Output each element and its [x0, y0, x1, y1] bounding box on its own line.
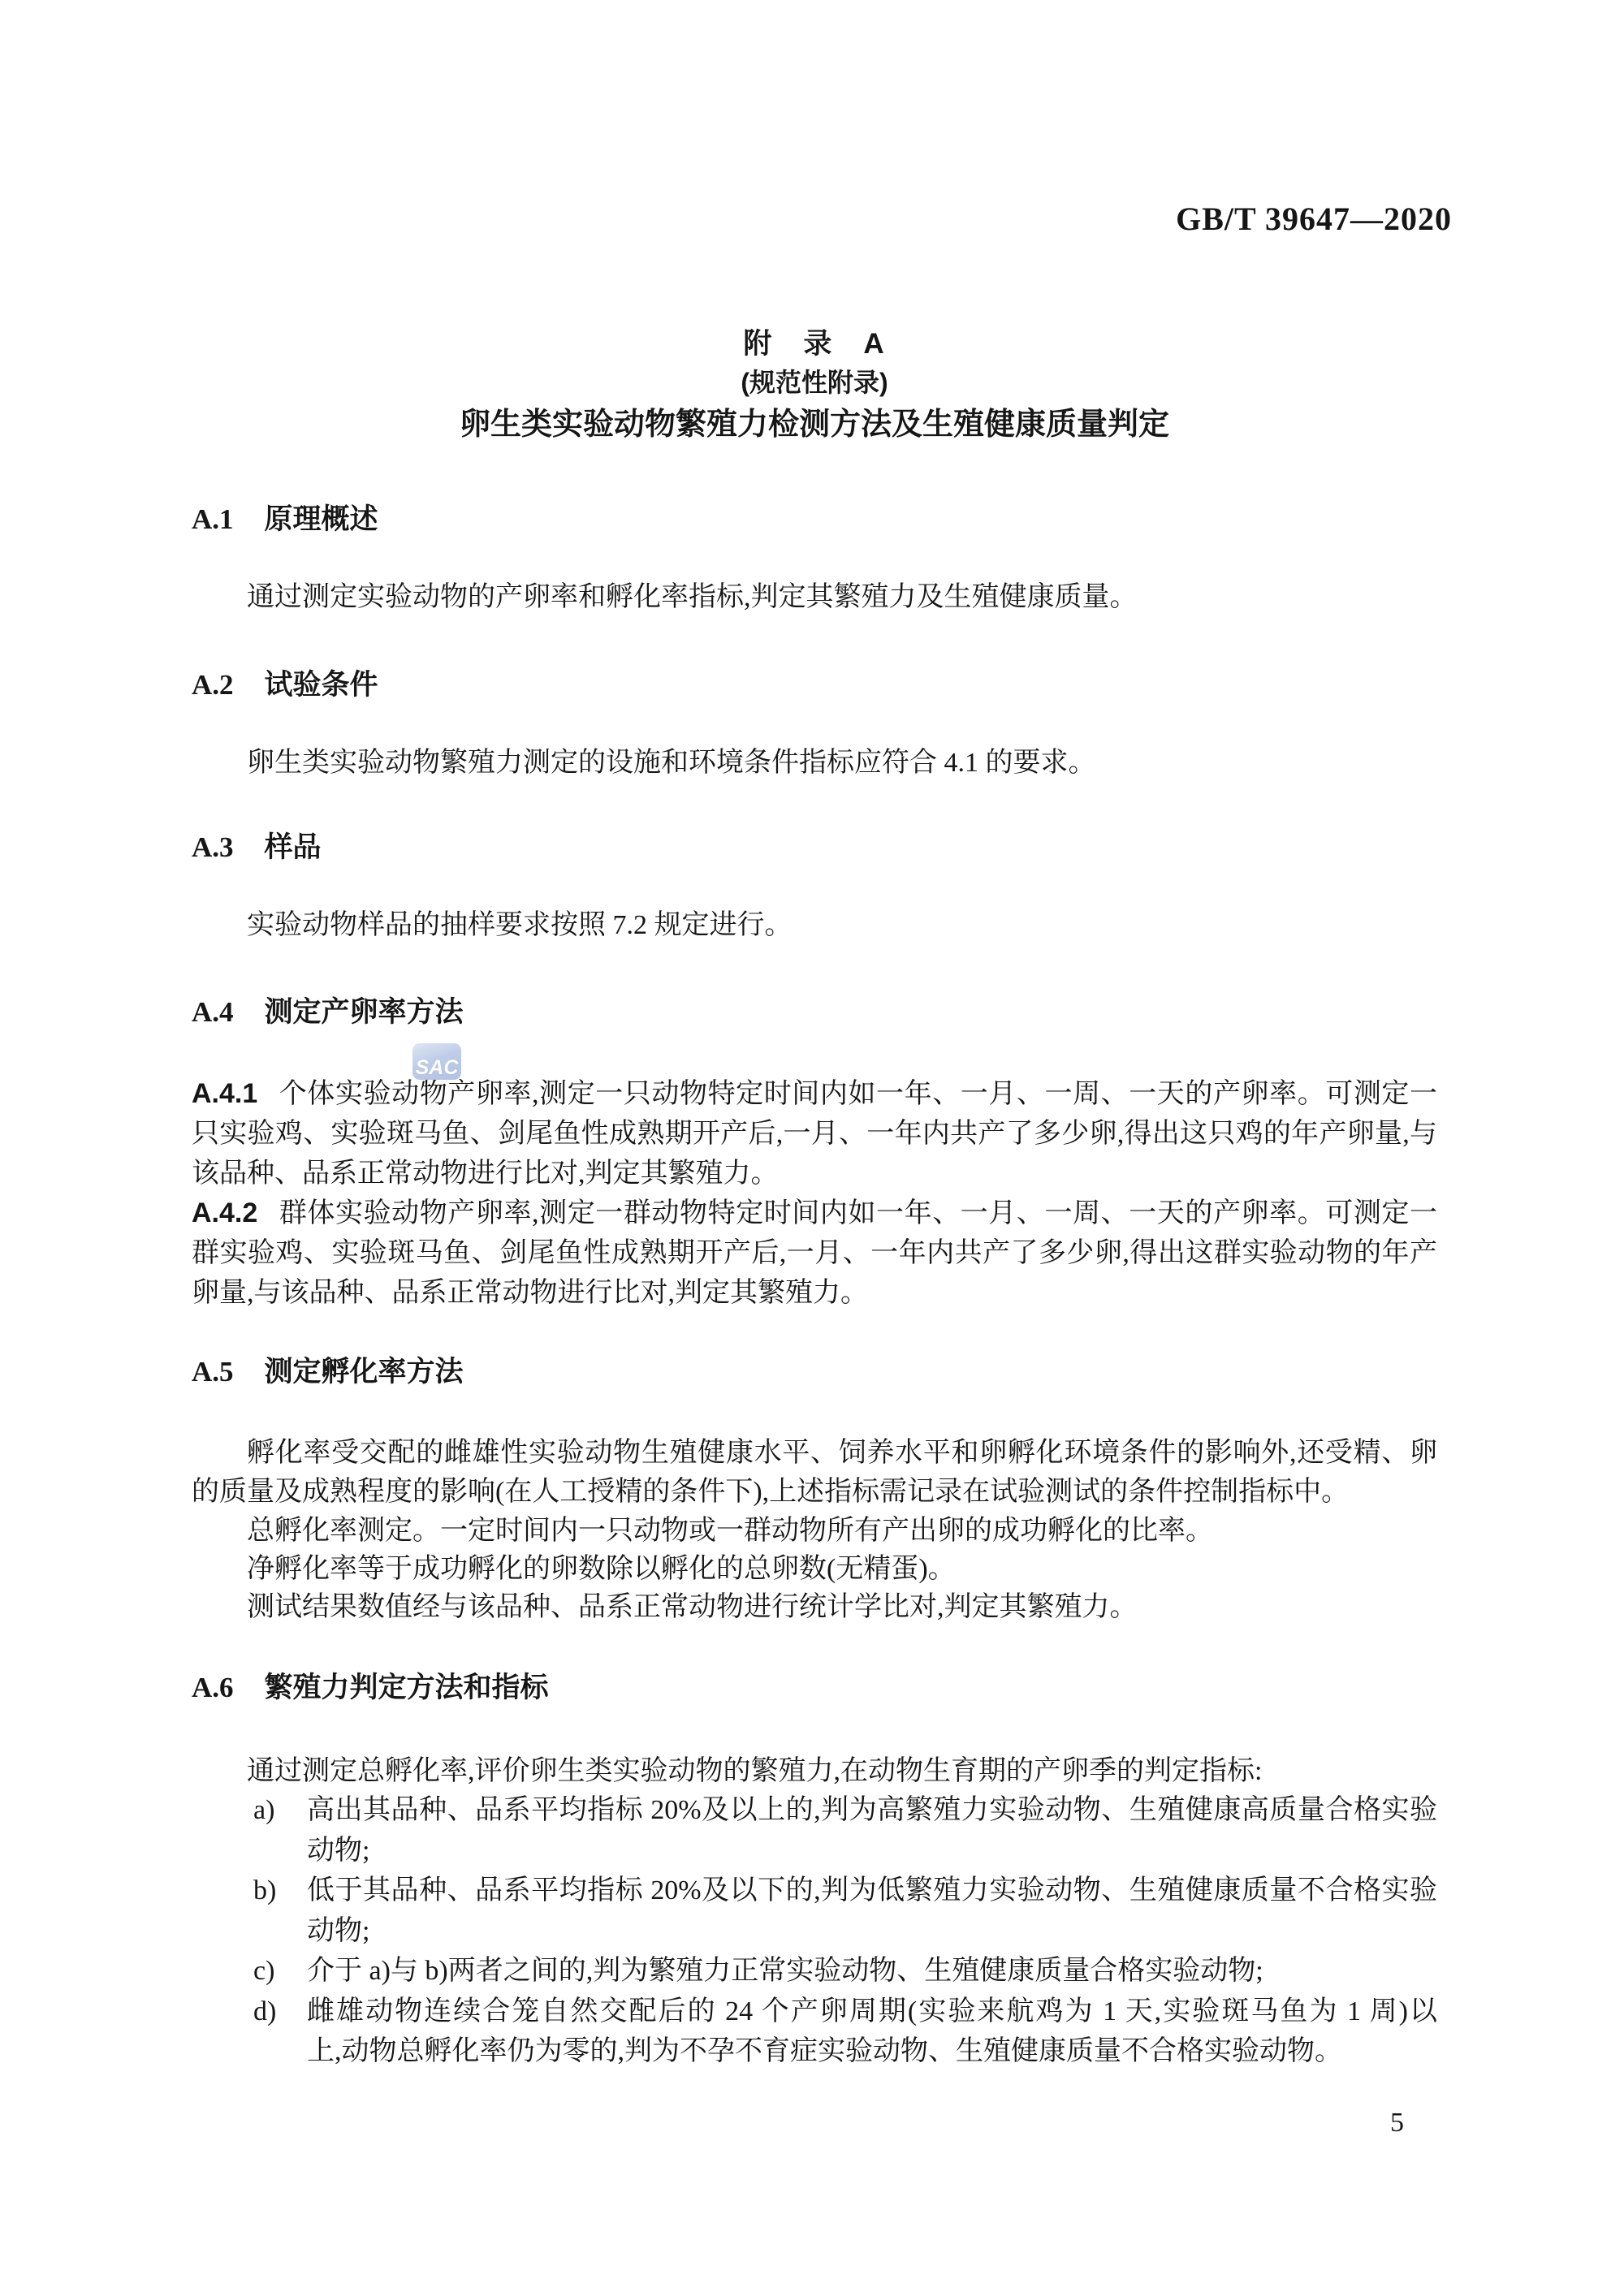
section-heading-a4: A.4测定产卵率方法 [192, 993, 1437, 1032]
document-page: GB/T 39647—2020 附 录 A (规范性附录) 卵生类实验动物繁殖力… [0, 0, 1624, 2296]
paragraph-a6-intro: 通过测定总孵化率,评价卵生类实验动物的繁殖力,在动物生育期的产卵季的判定指标: [192, 1752, 1437, 1791]
section-heading-a5: A.5测定孵化率方法 [192, 1353, 1437, 1392]
text-line: 通过测定总孵化率,评价卵生类实验动物的繁殖力,在动物生育期的产卵季的判定指标: [192, 1752, 1437, 1791]
list-item: d) 雌雄动物连续合笼自然交配后的 24 个产卵周期(实验来航鸡为 1 天,实验… [192, 1992, 1437, 2072]
page-number: 5 [1390, 2108, 1404, 2138]
list-marker: a) [253, 1790, 274, 1831]
text-line: 高出其品种、品系平均指标 20%及以上的,判为高繁殖力实验动物、生殖健康高质量合… [307, 1790, 1437, 1831]
paragraph-a1: 通过测定实验动物的产卵率和孵化率指标,判定其繁殖力及生殖健康质量。 [192, 578, 1437, 617]
text-line: 群实验鸡、实验斑马鱼、剑尾鱼性成熟期开产后,一月、一年内共产了多少卵,得出这群实… [192, 1233, 1437, 1273]
section-title: 原理概述 [265, 503, 378, 535]
section-heading-a2: A.2试验条件 [192, 666, 1437, 705]
paragraph-a2: 卵生类实验动物繁殖力测定的设施和环境条件指标应符合 4.1 的要求。 [192, 744, 1437, 783]
text-line: 通过测定实验动物的产卵率和孵化率指标,判定其繁殖力及生殖健康质量。 [192, 578, 1437, 617]
section-number: A.5 [192, 1356, 234, 1388]
text-line: 的质量及成熟程度的影响(在人工授精的条件下),上述指标需记录在试验测试的条件控制… [192, 1473, 1437, 1512]
text-line: A.4.2群体实验动物产卵率,测定一群动物特定时间内如一年、一月、一周、一天的产… [192, 1193, 1437, 1233]
text-line: 动物; [307, 1911, 1437, 1952]
paragraph-a3: 实验动物样品的抽样要求按照 7.2 规定进行。 [192, 906, 1437, 945]
list-item: c) 介于 a)与 b)两者之间的,判为繁殖力正常实验动物、生殖健康质量合格实验… [192, 1951, 1437, 1992]
text-line: 雌雄动物连续合笼自然交配后的 24 个产卵周期(实验来航鸡为 1 天,实验斑马鱼… [307, 1992, 1437, 2032]
text-line: 动物; [307, 1831, 1437, 1871]
text-line: 总孵化率测定。一定时间内一只动物或一群动物所有产出卵的成功孵化的比率。 [192, 1512, 1437, 1551]
section-heading-a6: A.6繁殖力判定方法和指标 [192, 1668, 1437, 1707]
list-marker: d) [253, 1992, 276, 2032]
list-marker: c) [253, 1951, 274, 1992]
sac-watermark-logo: SAC [412, 1043, 461, 1080]
appendix-label: 附 录 A [192, 322, 1437, 362]
section-title: 样品 [265, 831, 322, 863]
section-title: 测定孵化率方法 [265, 1356, 464, 1388]
section-title: 繁殖力判定方法和指标 [265, 1672, 549, 1703]
text-line: 孵化率受交配的雌雄性实验动物生殖健康水平、饲养水平和卵孵化环境条件的影响外,还受… [192, 1434, 1437, 1473]
section-number: A.6 [192, 1672, 234, 1703]
list-marker: b) [253, 1871, 276, 1911]
text-line: 卵生类实验动物繁殖力测定的设施和环境条件指标应符合 4.1 的要求。 [192, 744, 1437, 783]
text-run: 群体实验动物产卵率,测定一群动物特定时间内如一年、一月、一周、一天的产卵率。可测… [279, 1198, 1437, 1228]
paragraph-a42: A.4.2群体实验动物产卵率,测定一群动物特定时间内如一年、一月、一周、一天的产… [192, 1193, 1437, 1313]
text-line: 该品种、品系正常动物进行比对,判定其繁殖力。 [192, 1154, 1437, 1193]
text-line: 上,动物总孵化率仍为零的,判为不孕不育症实验动物、生殖健康质量不合格实验动物。 [307, 2031, 1437, 2072]
section-number: A.1 [192, 503, 234, 535]
paragraph-a5-1: 孵化率受交配的雌雄性实验动物生殖健康水平、饲养水平和卵孵化环境条件的影响外,还受… [192, 1434, 1437, 1512]
sac-watermark-text: SAC [416, 1055, 459, 1080]
section-number: A.3 [192, 831, 234, 863]
section-title: 测定产卵率方法 [265, 996, 464, 1028]
section-heading-a1: A.1原理概述 [192, 500, 1437, 539]
text-line: 低于其品种、品系平均指标 20%及以下的,判为低繁殖力实验动物、生殖健康质量不合… [307, 1871, 1437, 1911]
paragraph-a5-2: 总孵化率测定。一定时间内一只动物或一群动物所有产出卵的成功孵化的比率。 [192, 1512, 1437, 1551]
list-item: b) 低于其品种、品系平均指标 20%及以下的,判为低繁殖力实验动物、生殖健康质… [192, 1871, 1437, 1951]
paragraph-a5-4: 测试结果数值经与该品种、品系正常动物进行统计学比对,判定其繁殖力。 [192, 1588, 1437, 1627]
appendix-normative-note: (规范性附录) [192, 362, 1437, 399]
text-line: 净孵化率等于成功孵化的卵数除以孵化的总卵数(无精蛋)。 [192, 1550, 1437, 1589]
text-line: A.4.1个体实验动物产卵率,测定一只动物特定时间内如一年、一月、一周、一天的产… [192, 1074, 1437, 1114]
text-run: 个体实验动物产卵率,测定一只动物特定时间内如一年、一月、一周、一天的产卵率。可测… [279, 1079, 1437, 1109]
judgement-criteria-list: a) 高出其品种、品系平均指标 20%及以上的,判为高繁殖力实验动物、生殖健康高… [192, 1790, 1437, 2072]
section-title: 试验条件 [265, 669, 378, 701]
section-heading-a3: A.3样品 [192, 828, 1437, 867]
text-line: 只实验鸡、实验斑马鱼、剑尾鱼性成熟期开产后,一月、一年内共产了多少卵,得出这只鸡… [192, 1114, 1437, 1154]
text-line: 实验动物样品的抽样要求按照 7.2 规定进行。 [192, 906, 1437, 945]
text-line: 卵量,与该品种、品系正常动物进行比对,判定其繁殖力。 [192, 1273, 1437, 1313]
appendix-title: 卵生类实验动物繁殖力检测方法及生殖健康质量判定 [192, 399, 1437, 443]
list-item: a) 高出其品种、品系平均指标 20%及以上的,判为高繁殖力实验动物、生殖健康高… [192, 1790, 1437, 1871]
clause-number: A.4.1 [192, 1078, 257, 1109]
paragraph-a41: A.4.1个体实验动物产卵率,测定一只动物特定时间内如一年、一月、一周、一天的产… [192, 1074, 1437, 1193]
standard-code-header: GB/T 39647—2020 [1176, 200, 1452, 238]
section-number: A.4 [192, 996, 234, 1028]
text-line: 测试结果数值经与该品种、品系正常动物进行统计学比对,判定其繁殖力。 [192, 1588, 1437, 1627]
paragraph-a5-3: 净孵化率等于成功孵化的卵数除以孵化的总卵数(无精蛋)。 [192, 1550, 1437, 1589]
clause-number: A.4.2 [192, 1198, 257, 1228]
section-number: A.2 [192, 669, 234, 701]
text-line: 介于 a)与 b)两者之间的,判为繁殖力正常实验动物、生殖健康质量合格实验动物; [307, 1951, 1437, 1992]
